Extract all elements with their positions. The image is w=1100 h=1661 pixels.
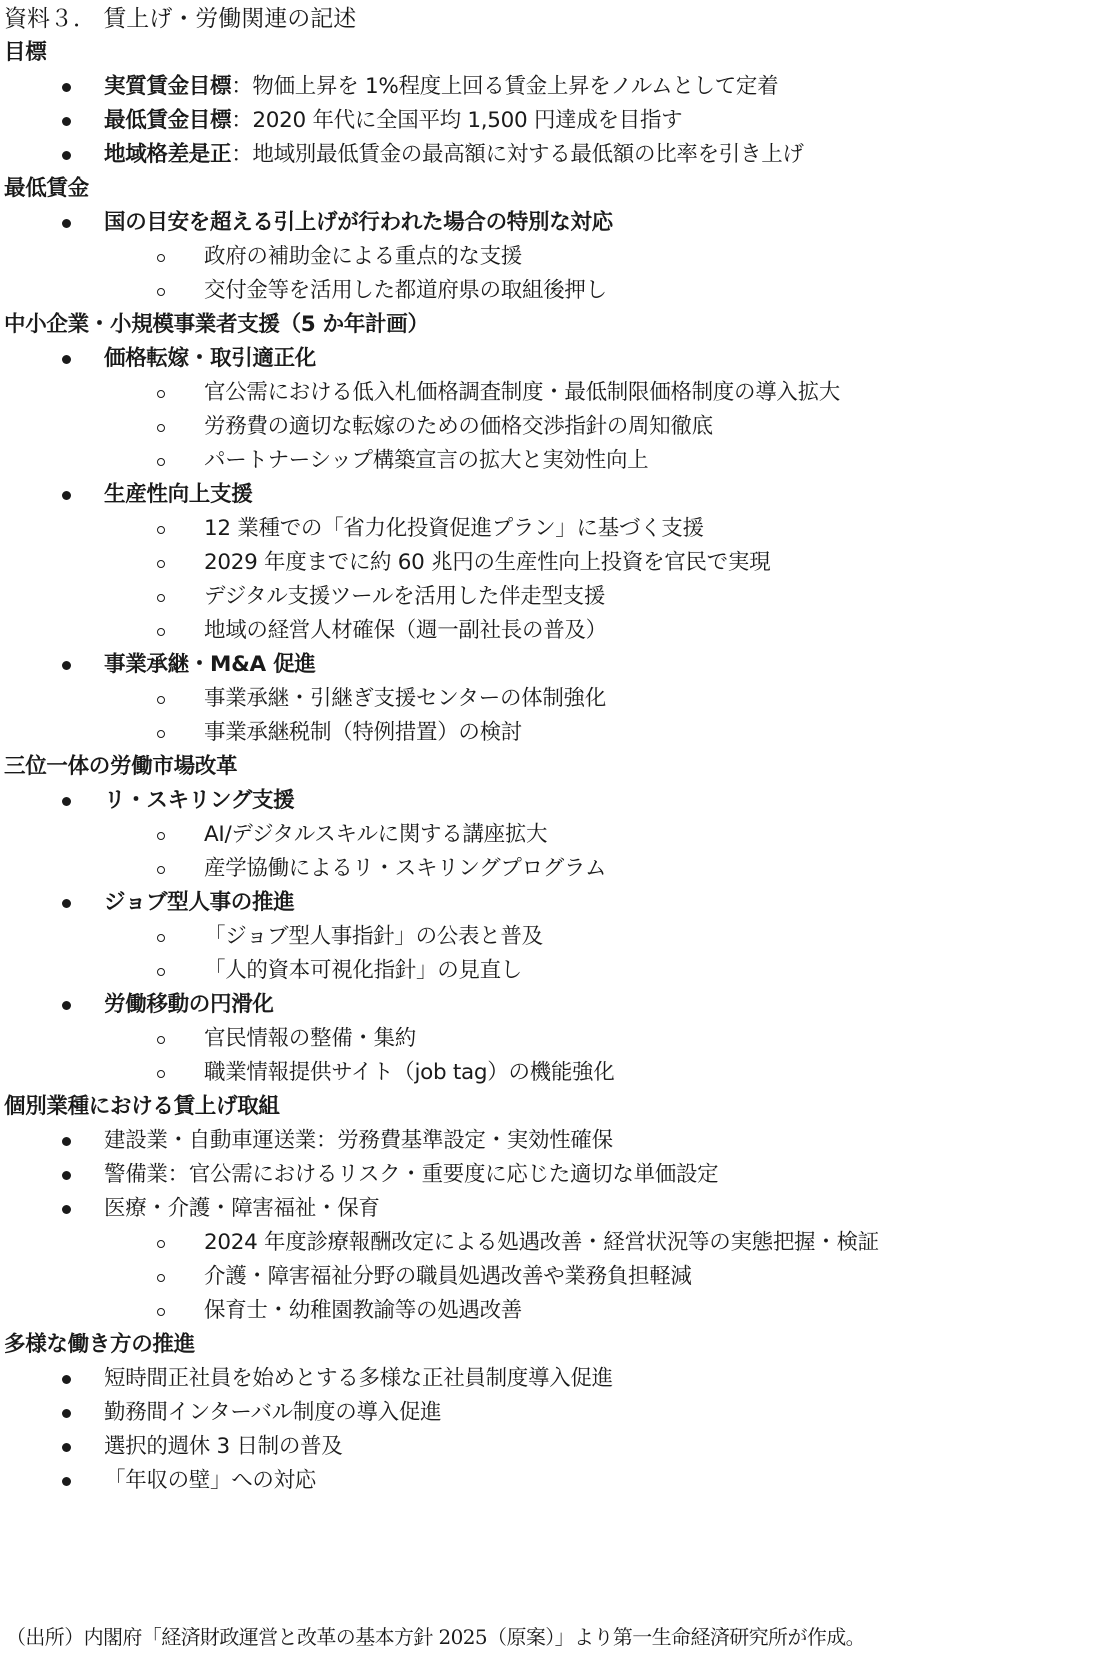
bullet-item: 価格転嫁・取引適正化 [104, 342, 316, 376]
sub-item: 「ジョブ型人事指針」の公表と普及 [204, 920, 543, 954]
sub-item: 交付金等を活用した都道府県の取組後押し [204, 274, 607, 308]
bullet-item: 建設業・自動車運送業：労務費基準設定・実効性確保 [104, 1124, 613, 1158]
section-heading: 三位一体の労働市場改革 [4, 750, 237, 784]
bullet-item: 最低賃金目標：2020 年代に全国平均 1,500 円達成を目指す [104, 104, 682, 138]
section-heading: 最低賃金 [4, 172, 89, 206]
sub-item: 政府の補助金による重点的な支援 [204, 240, 522, 274]
sub-item: 事業承継・引継ぎ支援センターの体制強化 [204, 682, 606, 716]
sub-item: 職業情報提供サイト（job tag）の機能強化 [204, 1056, 614, 1090]
bullet-item: 労働移動の円滑化 [104, 988, 274, 1022]
bullet-item: 短時間正社員を始めとする多様な正社員制度導入促進 [104, 1362, 613, 1396]
bullet-item: 警備業：官公需におけるリスク・重要度に応じた適切な単価設定 [104, 1158, 718, 1192]
sub-item: AI/デジタルスキルに関する講座拡大 [204, 818, 547, 852]
bullet-item: 地域格差是正：地域別最低賃金の最高額に対する最低額の比率を引き上げ [104, 138, 804, 172]
section-heading: 個別業種における賃上げ取組 [4, 1090, 280, 1124]
sub-item: 12 業種での「省力化投資促進プラン」に基づく支援 [204, 512, 704, 546]
bullet-item: ジョブ型人事の推進 [104, 886, 294, 920]
item-label: 実質賃金目標 [104, 74, 231, 99]
bullet-item: 生産性向上支援 [104, 478, 252, 512]
bullet-item: 選択的週休 3 日制の普及 [104, 1430, 342, 1464]
bullet-item: リ・スキリング支援 [104, 784, 294, 818]
sub-item: 介護・障害福祉分野の職員処遇改善や業務負担軽減 [204, 1260, 692, 1294]
sub-item: 労務費の適切な転嫁のための価格交渉指針の周知徹底 [204, 410, 713, 444]
section-heading: 中小企業・小規模事業者支援（5 か年計画） [4, 308, 429, 342]
source-note: （出所）内閣府「経済財政運営と改革の基本方針 2025（原案）」より第一生命経済… [6, 1620, 865, 1654]
sub-item: 官民情報の整備・集約 [204, 1022, 416, 1056]
sub-item: パートナーシップ構築宣言の拡大と実効性向上 [204, 444, 648, 478]
sub-item: 2024 年度診療報酬改定による処遇改善・経営状況等の実態把握・検証 [204, 1226, 879, 1260]
bullet-item: 事業承継・M&A 促進 [104, 648, 315, 682]
sub-item: 保育士・幼稚園教諭等の処遇改善 [204, 1294, 522, 1328]
sub-item: 官公需における低入札価格調査制度・最低制限価格制度の導入拡大 [204, 376, 840, 410]
item-text: ：2020 年代に全国平均 1,500 円達成を目指す [231, 108, 682, 133]
bullet-item: 「年収の壁」への対応 [104, 1464, 316, 1498]
item-text: ：地域別最低賃金の最高額に対する最低額の比率を引き上げ [231, 142, 803, 167]
item-label: 最低賃金目標 [104, 108, 231, 133]
sub-item: 「人的資本可視化指針」の見直し [204, 954, 522, 988]
sub-item: デジタル支援ツールを活用した伴走型支援 [204, 580, 605, 614]
sub-item: 事業承継税制（特例措置）の検討 [204, 716, 522, 750]
item-text: ：物価上昇を 1%程度上回る賃金上昇をノルムとして定着 [231, 74, 778, 99]
sub-item: 産学協働によるリ・スキリングプログラム [204, 852, 606, 886]
bullet-item: 医療・介護・障害福祉・保育 [104, 1192, 380, 1226]
sub-item: 2029 年度までに約 60 兆円の生産性向上投資を官民で実現 [204, 546, 770, 580]
bullet-item: 実質賃金目標：物価上昇を 1%程度上回る賃金上昇をノルムとして定着 [104, 70, 778, 104]
section-heading: 目標 [4, 36, 46, 70]
sub-item: 地域の経営人材確保（週一副社長の普及） [204, 614, 607, 648]
bullet-item: 国の目安を超える引上げが行われた場合の特別な対応 [104, 206, 613, 240]
section-heading: 多様な働き方の推進 [4, 1328, 195, 1362]
bullet-item: 勤務間インターバル制度の導入促進 [104, 1396, 441, 1430]
document-title: 資料３． 賃上げ・労働関連の記述 [4, 2, 356, 36]
item-label: 地域格差是正 [104, 142, 231, 167]
